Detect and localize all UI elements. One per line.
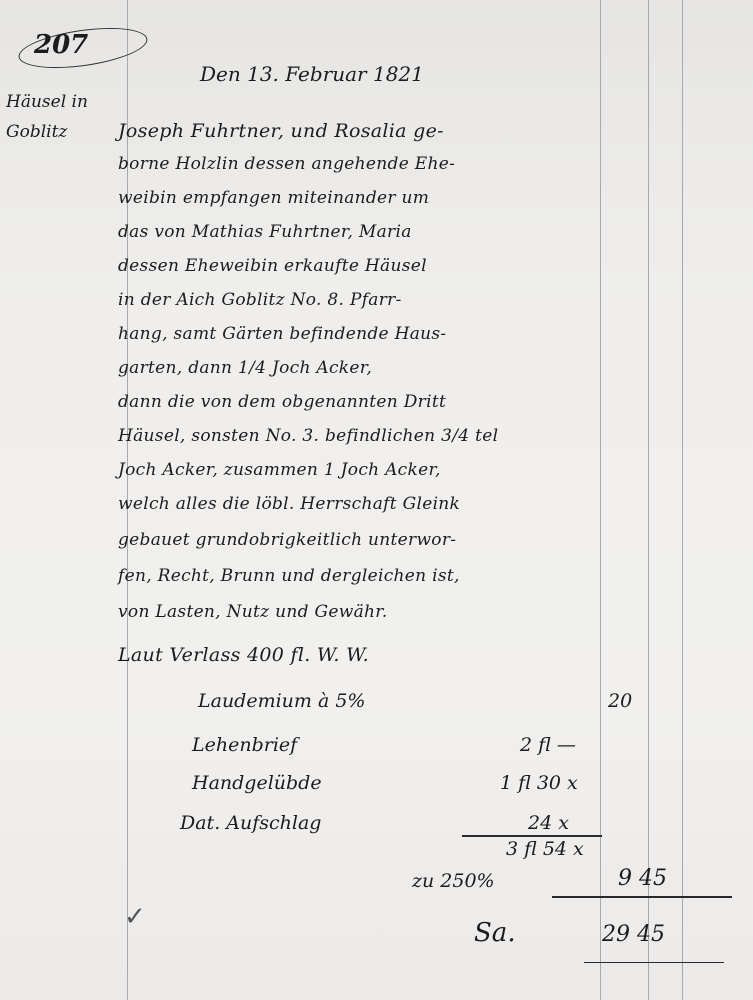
body-line: gebauet grundobrigkeitlich unterwor- <box>118 530 456 550</box>
subtotal-amount: 3 fl 54 x <box>506 838 584 860</box>
body-line: weibin empfangen miteinander um <box>118 188 429 208</box>
body-line: welch alles die löbl. Herrschaft Gleink <box>118 494 460 514</box>
check-mark: ✓ <box>124 902 146 932</box>
folio-number: 207 <box>34 30 88 60</box>
body-line: borne Holzlin dessen angehende Ehe- <box>118 154 455 174</box>
subtotal-rule <box>462 835 602 837</box>
fee-label: Dat. Aufschlag <box>180 812 321 834</box>
fee-label: Handgelübde <box>192 772 322 794</box>
total-rule <box>552 896 732 898</box>
body-line: garten, dann 1/4 Joch Acker, <box>118 358 372 378</box>
column-rule-3 <box>682 0 683 1000</box>
total-amount: 29 45 <box>602 922 665 947</box>
column-rule-2 <box>648 0 649 1000</box>
fee-label: Lehenbrief <box>192 734 297 756</box>
total-underline <box>584 962 724 963</box>
body-line: von Lasten, Nutz und Gewähr. <box>118 602 388 622</box>
fee-amount: 2 fl — <box>520 734 576 756</box>
body-line: Laut Verlass 400 fl. W. W. <box>118 644 369 666</box>
fee-amount: 20 <box>608 690 632 712</box>
body-line: dessen Eheweibin erkaufte Häusel <box>118 256 427 276</box>
body-line: hang, samt Gärten befindende Haus- <box>118 324 446 344</box>
margin-note-line-2: Goblitz <box>6 122 67 142</box>
fee-amount: 1 fl 30 x <box>500 772 578 794</box>
entry-date: Den 13. Februar 1821 <box>200 62 424 86</box>
fee-label: Laudemium à 5% <box>198 690 365 712</box>
fee-amount: 24 x <box>528 812 569 834</box>
margin-note-line-1: Häusel in <box>6 92 88 112</box>
body-line: in der Aich Goblitz No. 8. Pfarr- <box>118 290 402 310</box>
body-line: Joseph Fuhrtner, und Rosalia ge- <box>118 120 444 142</box>
body-line: das von Mathias Fuhrtner, Maria <box>118 222 412 242</box>
conversion-amount: 9 45 <box>618 866 667 891</box>
body-line: fen, Recht, Brunn und dergleichen ist, <box>118 566 460 586</box>
body-line: Joch Acker, zusammen 1 Joch Acker, <box>118 460 441 480</box>
total-label: Sa. <box>474 918 516 948</box>
conversion-label: zu 250% <box>412 870 495 892</box>
column-rule-1 <box>600 0 601 1000</box>
body-line: dann die von dem obgenannten Dritt <box>118 392 446 412</box>
body-line: Häusel, sonsten No. 3. befindlichen 3/4 … <box>118 426 498 446</box>
ledger-page: 207 Häusel in Goblitz Den 13. Februar 18… <box>0 0 753 1000</box>
